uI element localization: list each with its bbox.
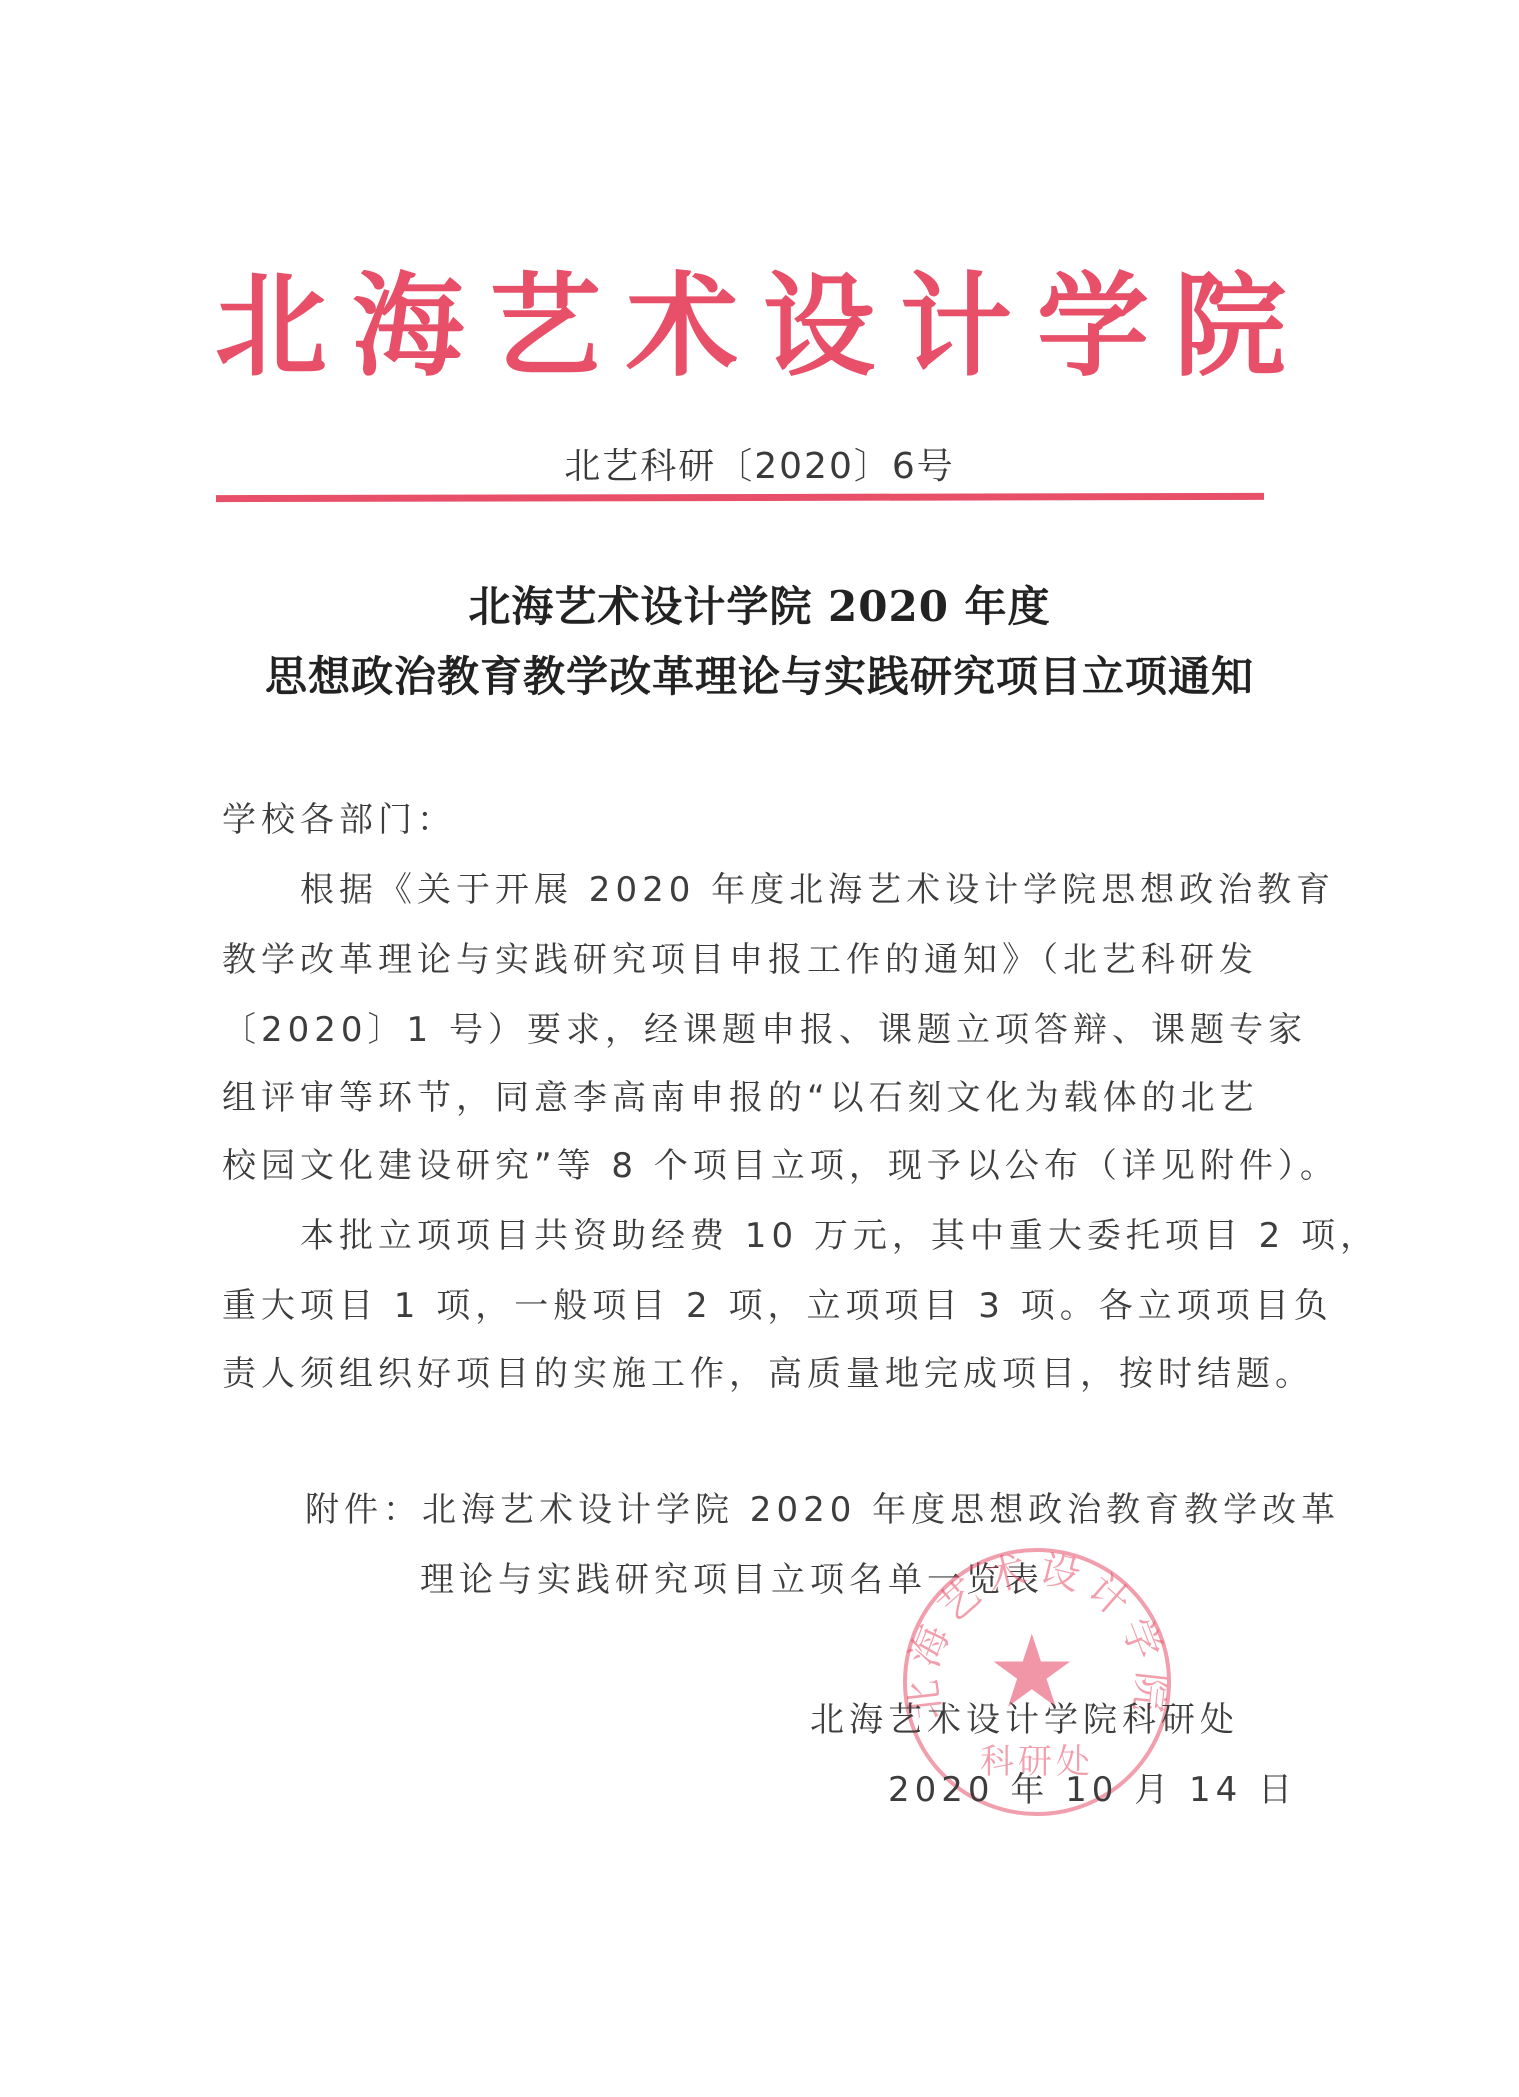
body-line: 根据《关于开展 2020 年度北海艺术设计学院思想政治教育 [300,862,1335,911]
document-title-line-1: 北海艺术设计学院 2020 年度 [0,574,1519,634]
issue-date: 2020 年 10 月 14 日 [888,1762,1297,1811]
salutation: 学校各部门： [222,792,456,841]
document-title-line-2: 思想政治教育教学改革理论与实践研究项目立项通知 [0,644,1519,704]
body-line: 教学改革理论与实践研究项目申报工作的通知》（北艺科研发 [222,932,1258,981]
document-number: 北艺科研〔2020〕6号 [0,438,1519,489]
body-line: 校园文化建设研究”等 8 个项目立项，现予以公布（详见附件）。 [222,1138,1339,1187]
body-line: 责人须组织好项目的实施工作，高质量地完成项目，按时结题。 [222,1346,1314,1395]
issuing-office: 北海艺术设计学院科研处 [810,1692,1239,1741]
red-divider [216,493,1264,502]
body-line: 组评审等环节，同意李高南申报的“以石刻文化为载体的北艺 [222,1070,1259,1119]
body-line: 重大项目 1 项，一般项目 2 项，立项项目 3 项。各立项项目负 [222,1278,1333,1327]
attachment-line-1: 附件：北海艺术设计学院 2020 年度思想政治教育教学改革 [305,1482,1340,1531]
body-line: 〔2020〕1 号）要求，经课题申报、课题立项答辩、课题专家 [222,1002,1307,1051]
body-line: 本批立项项目共资助经费 10 万元，其中重大委托项目 2 项， [300,1208,1379,1257]
masthead-title: 北海艺术设计学院 [215,262,1255,392]
